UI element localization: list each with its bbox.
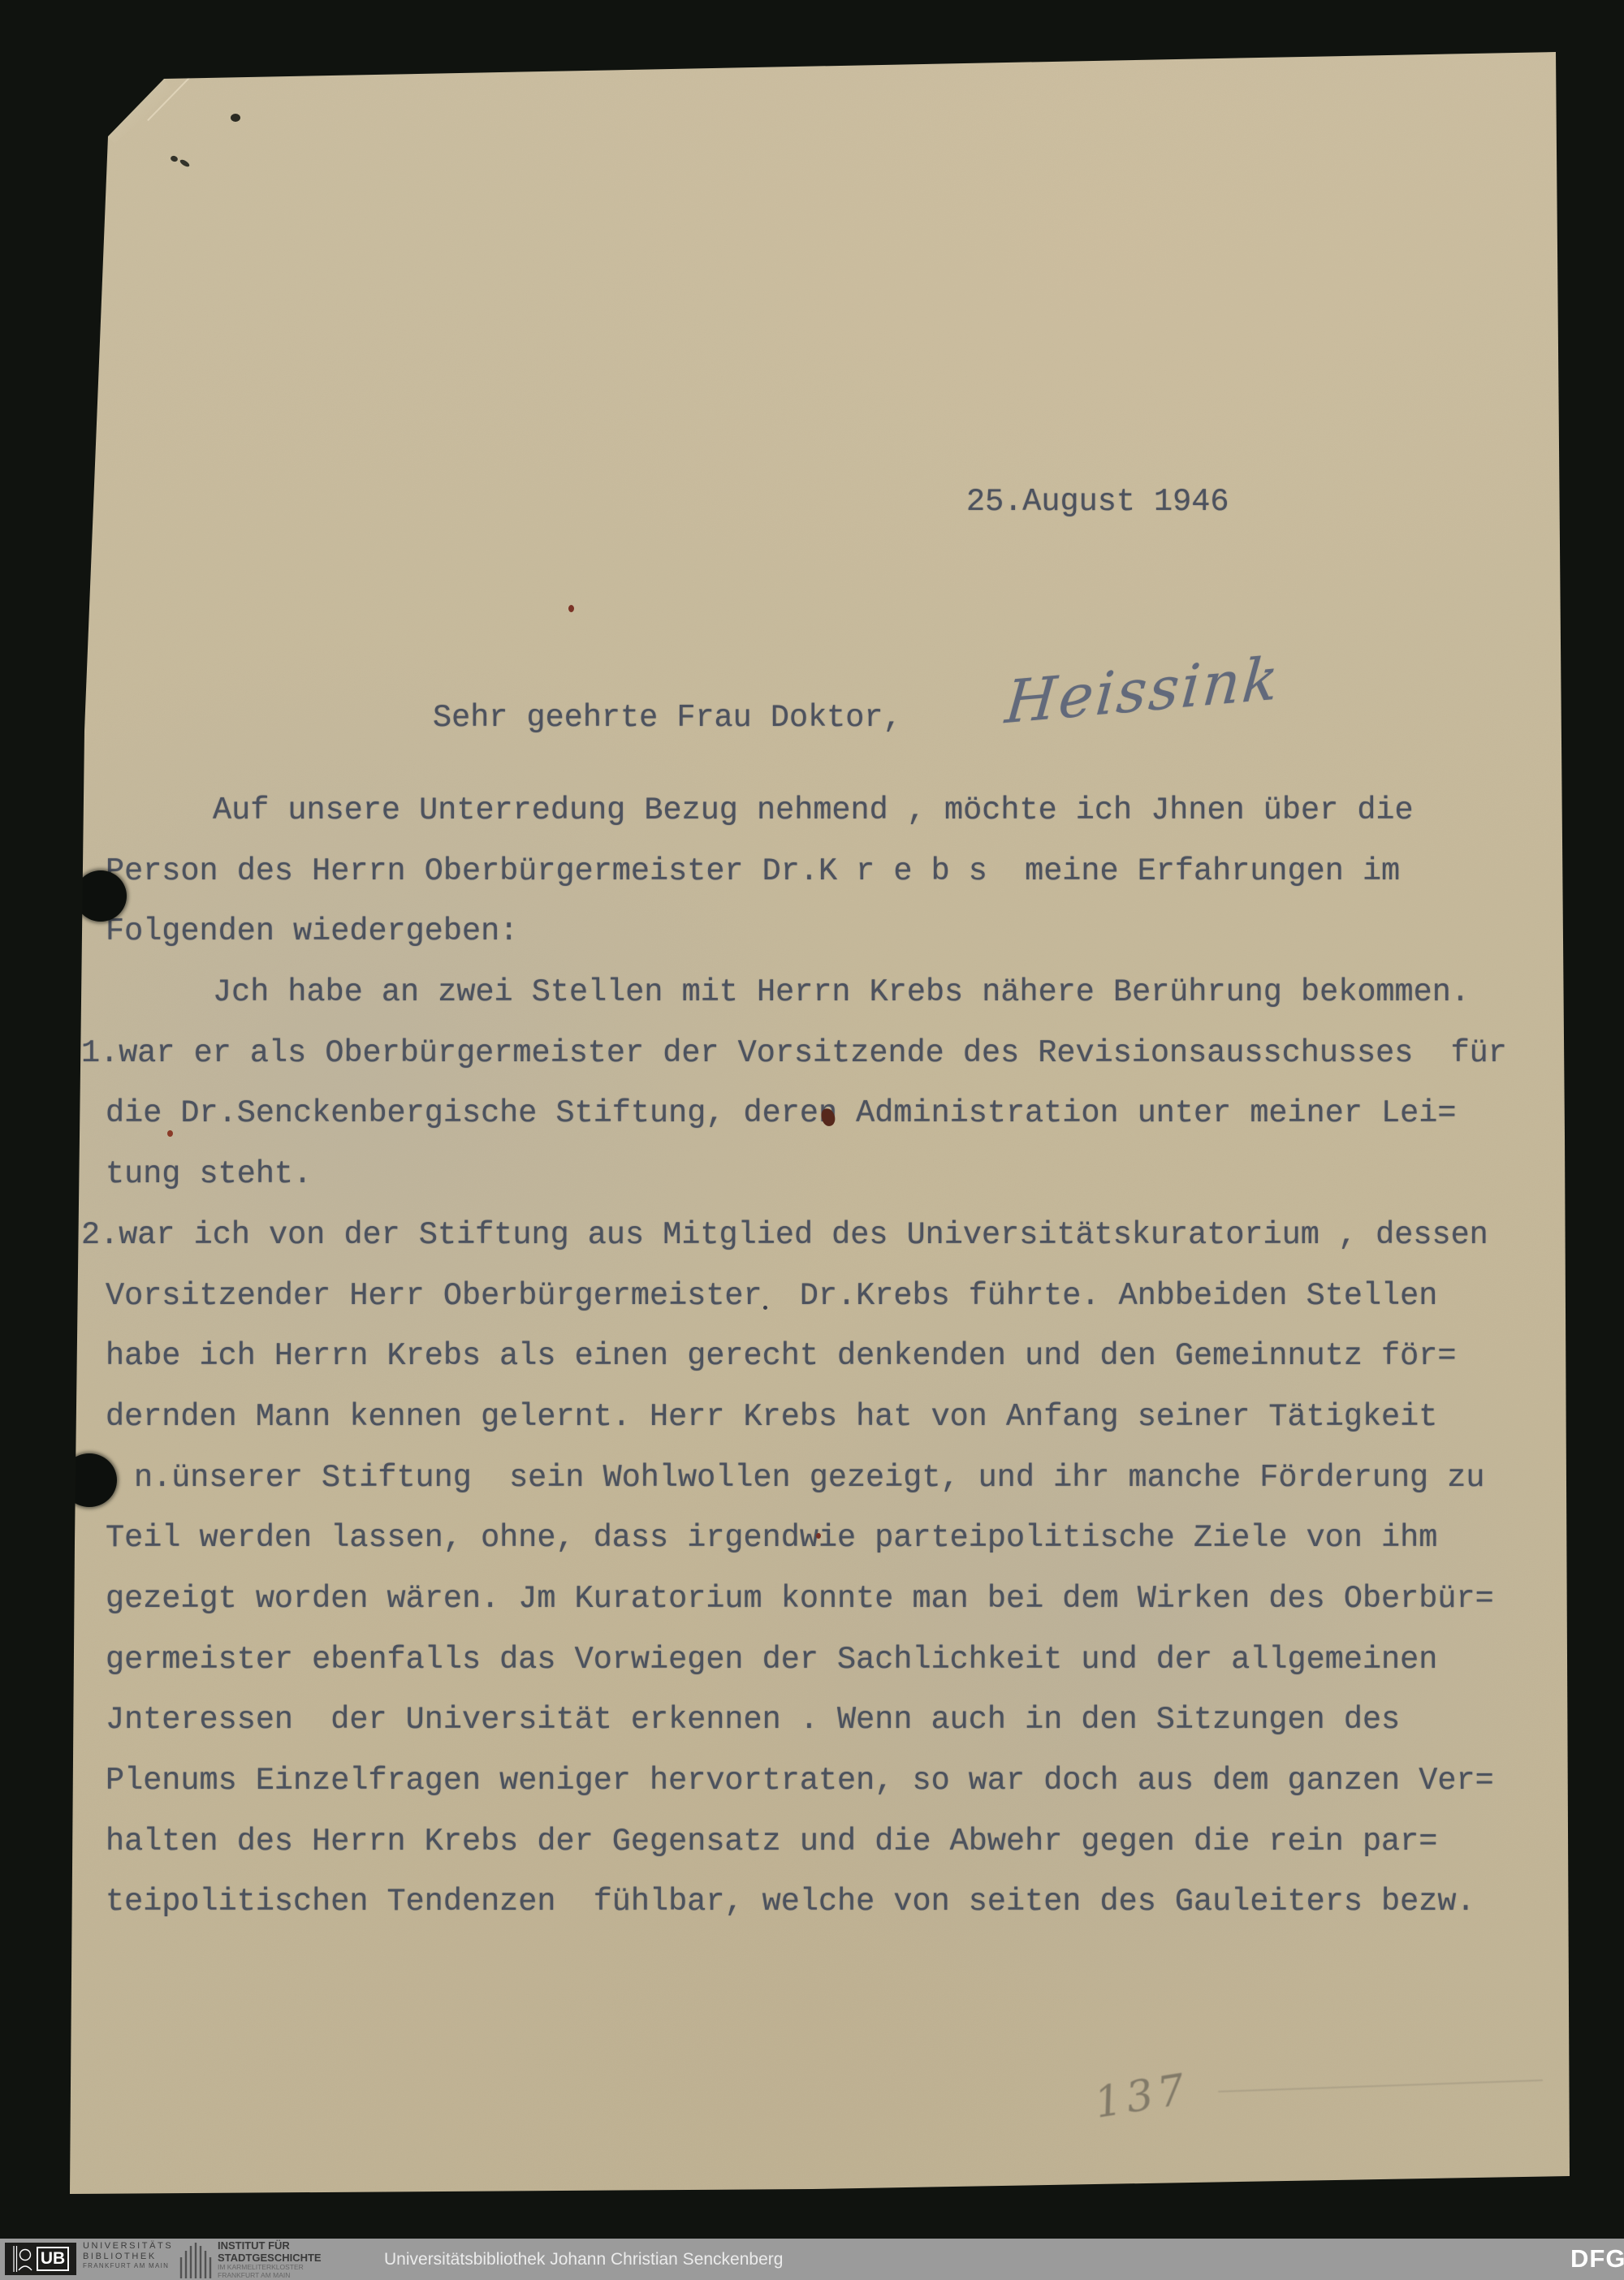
scan-background: 25.August 1946 Sehr geehrte Frau Doktor,… bbox=[0, 0, 1624, 2280]
letter-line: Folgenden wiedergeben: bbox=[81, 913, 1608, 974]
punch-hole-top bbox=[75, 870, 127, 922]
dfg-logo: DFG bbox=[1570, 2239, 1624, 2280]
ub-text-line: BIBLIOTHEK bbox=[83, 2252, 173, 2262]
institut-logo-text: INSTITUT FÜR STADTGESCHICHTE IM KARMELIT… bbox=[218, 2240, 322, 2279]
ub-text-line: UNIVERSITÄTS bbox=[83, 2241, 173, 2252]
ub-portrait-icon bbox=[12, 2245, 33, 2273]
letter-line: tung steht. bbox=[81, 1155, 1608, 1216]
letter-salutation: Sehr geehrte Frau Doktor, bbox=[433, 700, 902, 736]
letter-line: Person des Herrn Oberbürgermeister Dr.K … bbox=[81, 853, 1608, 913]
letter-line: Plenums Einzelfragen weniger hervortrate… bbox=[81, 1762, 1608, 1823]
ub-abbrev-label: UB bbox=[37, 2247, 69, 2271]
letter-line: Jnteressen der Universität erkennen . We… bbox=[81, 1701, 1608, 1762]
letter-line: halten des Herrn Krebs der Gegensatz und… bbox=[81, 1823, 1608, 1884]
letter-date: 25.August 1946 bbox=[966, 484, 1229, 520]
institut-text-line: FRANKFURT AM MAIN bbox=[218, 2272, 322, 2280]
ink-speck bbox=[231, 114, 240, 122]
punch-hole-bottom bbox=[62, 1453, 117, 1507]
letter-line: habe ich Herrn Krebs als einen gerecht d… bbox=[81, 1337, 1608, 1398]
letter-line: 1.war er als Oberbürgermeister der Vorsi… bbox=[81, 1034, 1608, 1095]
institut-text-line: STADTGESCHICHTE bbox=[218, 2252, 322, 2265]
ub-text-line: FRANKFURT AM MAIN bbox=[83, 2262, 173, 2270]
institut-tower-icon bbox=[179, 2241, 213, 2278]
letter-line: Teil werden lassen, ohne, dass irgendwie… bbox=[81, 1519, 1608, 1580]
letter-line: Jch habe an zwei Stellen mit Herrn Krebs… bbox=[81, 974, 1608, 1034]
letter-line: dernden Mann kennen gelernt. Herr Krebs … bbox=[81, 1398, 1608, 1459]
letter-line: die Dr.Senckenbergische Stiftung, deren … bbox=[81, 1095, 1608, 1155]
letter-line: gezeigt worden wären. Jm Kuratorium konn… bbox=[81, 1580, 1608, 1641]
ub-logo-text: UNIVERSITÄTS BIBLIOTHEK FRANKFURT AM MAI… bbox=[83, 2241, 173, 2270]
letter-line: 2.war ich von der Stiftung aus Mitglied … bbox=[81, 1216, 1608, 1277]
institut-text-line: INSTITUT FÜR bbox=[218, 2240, 322, 2252]
letter-line: germeister ebenfalls das Vorwiegen der S… bbox=[81, 1641, 1608, 1702]
footer-center-text: Universitätsbibliothek Johann Christian … bbox=[384, 2239, 783, 2280]
letter-line: Vorsitzender Herr Oberbürgermeister Dr.K… bbox=[81, 1277, 1608, 1338]
letter-line: n.ünserer Stiftung sein Wohlwollen gezei… bbox=[81, 1459, 1608, 1520]
letter-line: teipolitischen Tendenzen fühlbar, welche… bbox=[81, 1883, 1608, 1944]
footer-bar: UB UNIVERSITÄTS BIBLIOTHEK FRANKFURT AM … bbox=[0, 2239, 1624, 2280]
letter-body: Auf unsere Unterredung Bezug nehmend , m… bbox=[81, 792, 1608, 1944]
red-speck bbox=[568, 605, 574, 612]
red-speck bbox=[167, 1130, 173, 1137]
ub-logo: UB bbox=[5, 2243, 76, 2275]
letter-line: Auf unsere Unterredung Bezug nehmend , m… bbox=[81, 792, 1608, 853]
letter-paper: 25.August 1946 Sehr geehrte Frau Doktor,… bbox=[0, 0, 1624, 2239]
red-speck bbox=[816, 1533, 821, 1539]
ink-speck bbox=[763, 1306, 767, 1310]
